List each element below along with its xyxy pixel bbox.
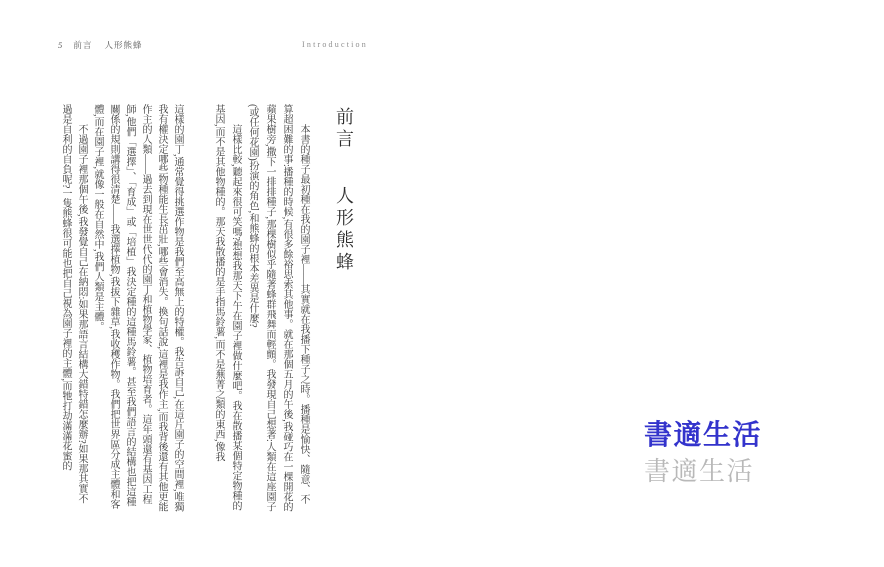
- book-title-label: 人形熊蜂: [105, 39, 143, 51]
- brand-watermark-gray: 書適生活: [644, 451, 754, 488]
- right-page-text: 本書的種子最初種在我的園子裡——其實就在我播下種子之時。播種是愉快、隨意、不算超…: [210, 104, 312, 512]
- chapter-title: 前言 人形熊蜂: [331, 107, 357, 407]
- running-head-introduction: Introduction: [302, 40, 368, 49]
- chapter-title-section: 前言: [334, 107, 354, 151]
- book-spread-scan: 5 前言 人形熊蜂 Introduction 前言 人形熊蜂 本書的種子最初種在…: [0, 0, 884, 567]
- paragraph: 不過園子裡那個午後,我發覺自己在納悶:如果那語言結構大錯特錯怎麼辦?如果那其實不…: [57, 104, 89, 512]
- running-head-left: 5 前言 人形熊蜂: [58, 39, 152, 51]
- paragraph: 這樣比較,聽起來很可笑嗎?想想我那天下午在園子裡做什麼吧。我在散播某個特定物種的…: [210, 104, 244, 512]
- left-page-text: 這樣的園丁,通常覺得挑選作物是我們至高無上的特權。我告訴自己,在這片園子的空間裡…: [57, 104, 185, 512]
- paragraph: 本書的種子最初種在我的園子裡——其實就在我播下種子之時。播種是愉快、隨意、不算超…: [244, 104, 312, 512]
- paragraph: 這樣的園丁,通常覺得挑選作物是我們至高無上的特權。我告訴自己,在這片園子的空間裡…: [89, 104, 185, 512]
- page-number: 5: [58, 40, 63, 50]
- brand-watermark-blue: 書適生活: [644, 413, 762, 453]
- section-label: 前言: [73, 39, 92, 51]
- chapter-title-name: 人形熊蜂: [334, 186, 354, 274]
